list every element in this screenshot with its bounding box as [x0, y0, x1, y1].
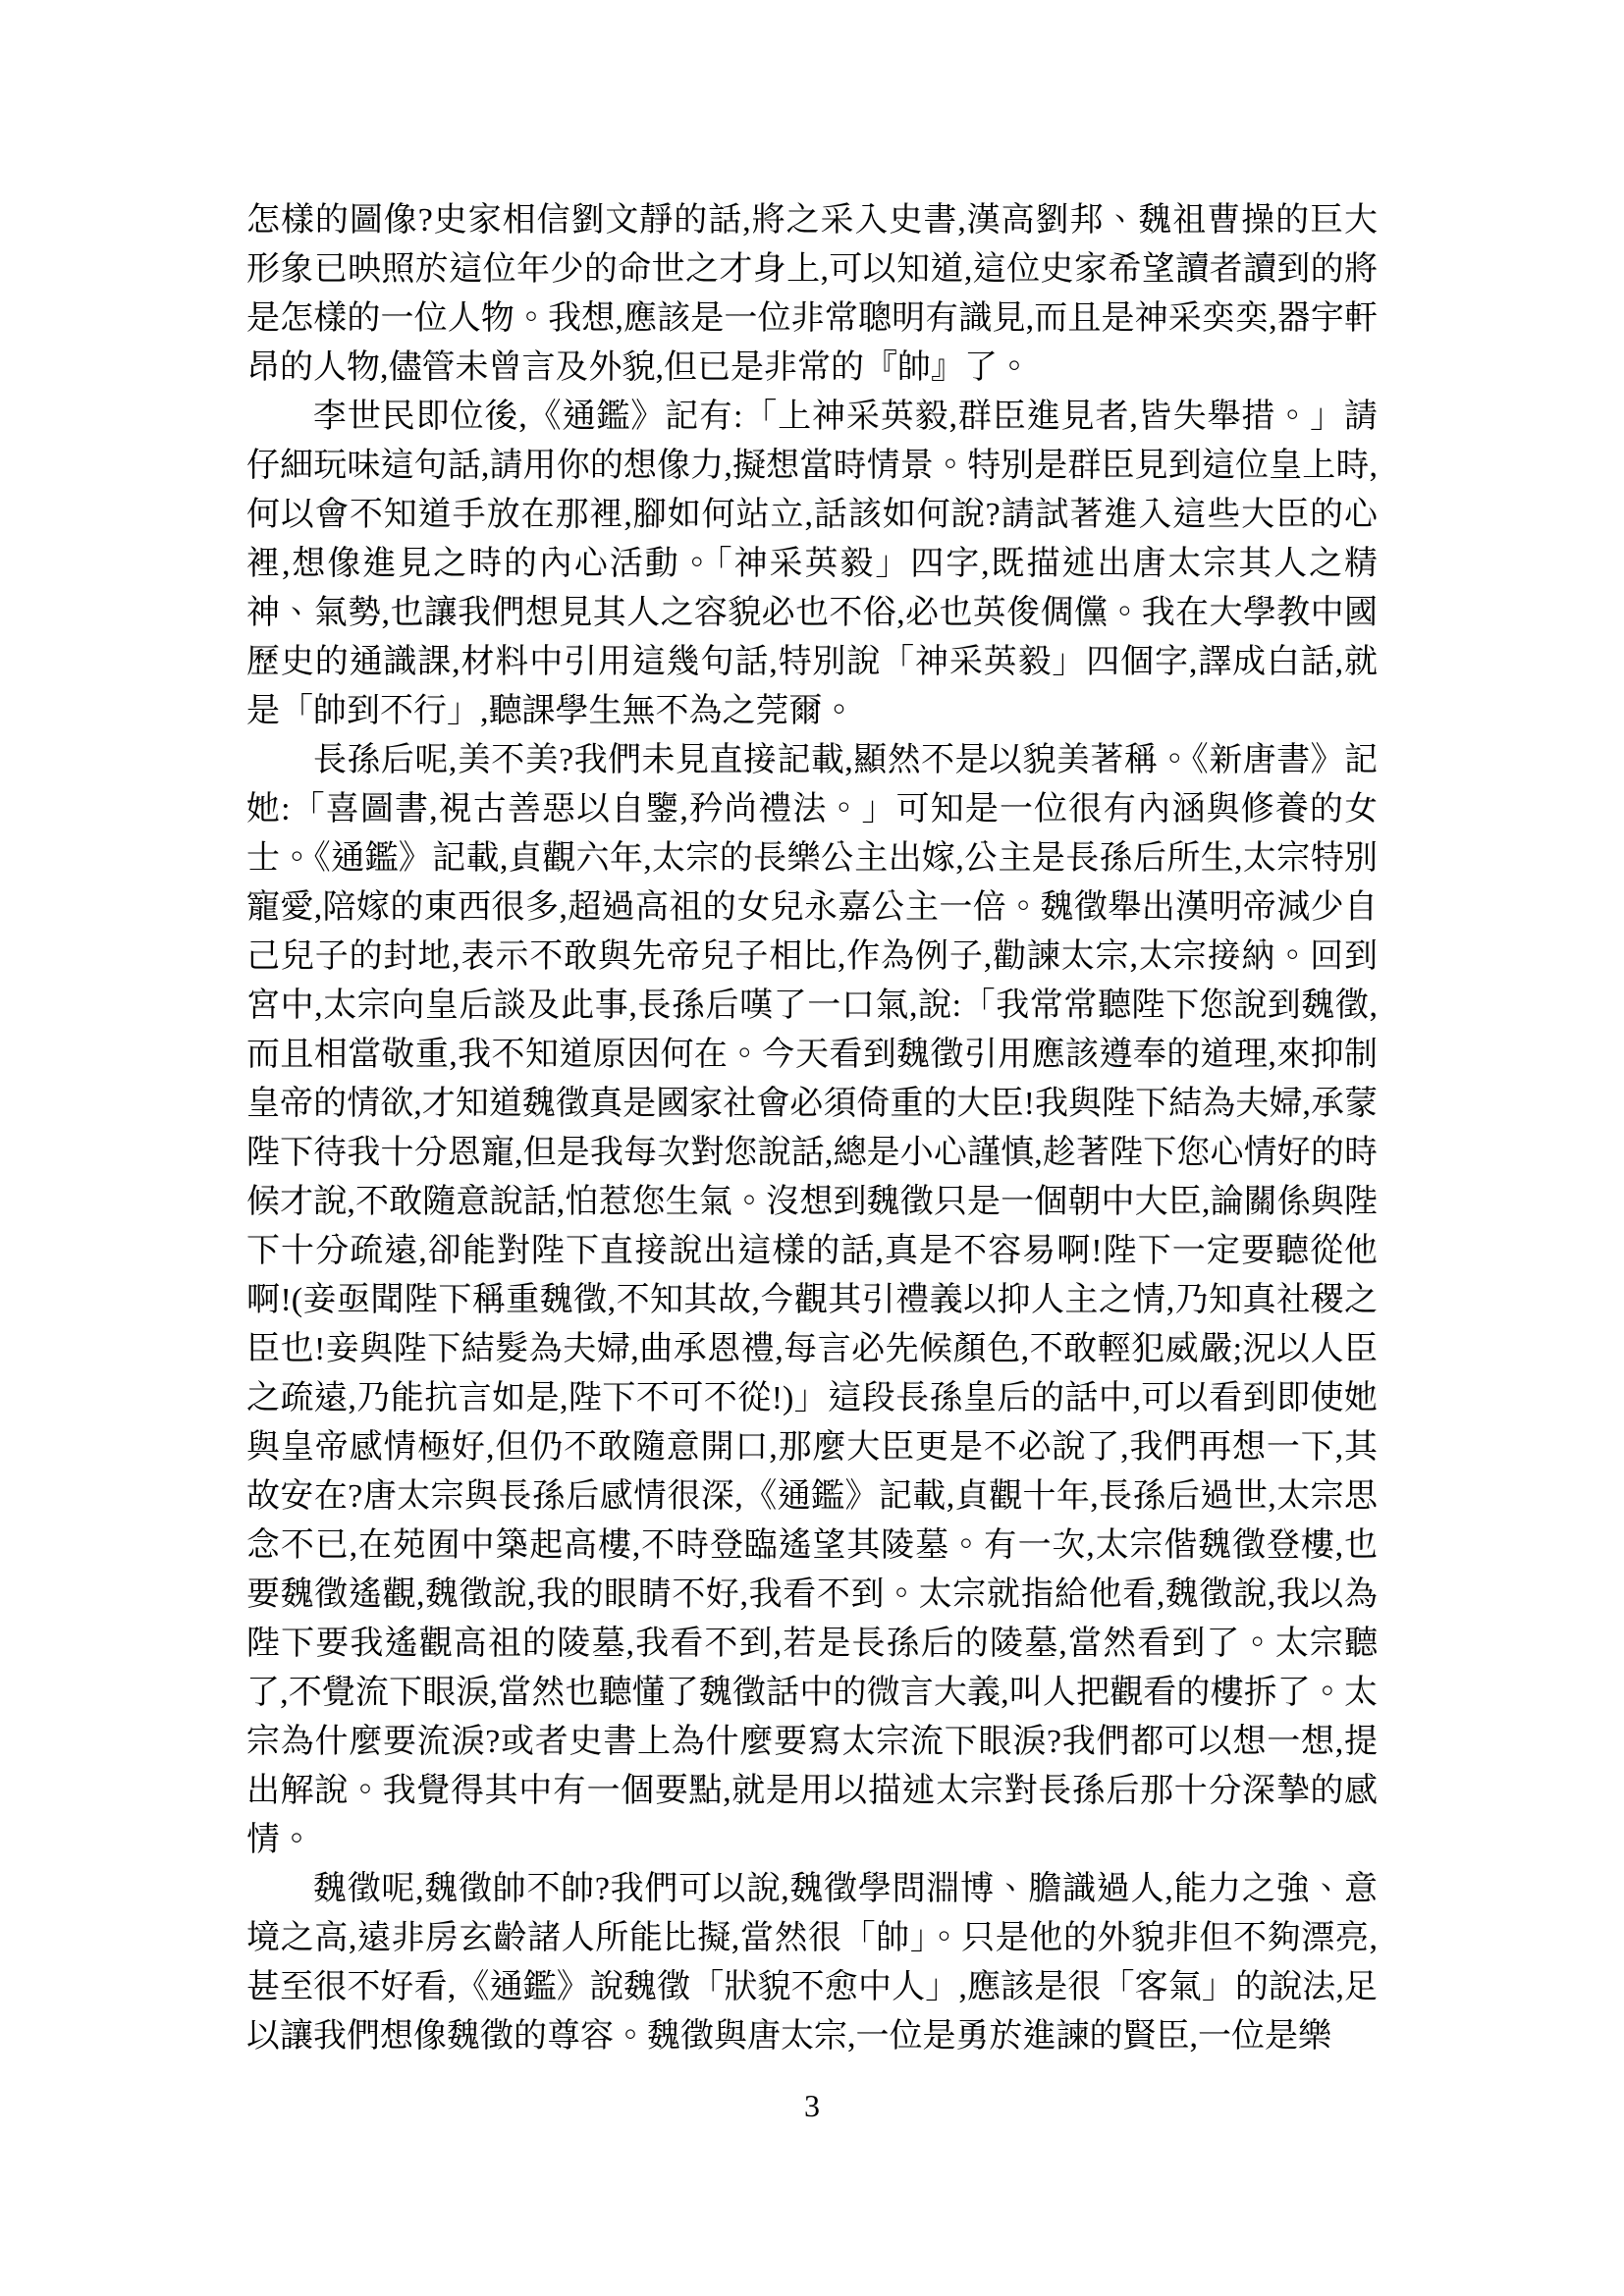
document-page: 怎樣的圖像?史家相信劉文靜的話,將之采入史書,漢高劉邦、魏祖曹操的巨大形象已映照…	[0, 0, 1624, 2296]
paragraph-4: 魏徵呢,魏徵帥不帥?我們可以說,魏徵學問淵博、膽識過人,能力之強、意境之高,遠非…	[246, 1865, 1378, 2061]
paragraph-1: 怎樣的圖像?史家相信劉文靜的話,將之采入史書,漢高劉邦、魏祖曹操的巨大形象已映照…	[246, 196, 1378, 393]
page-number: 3	[0, 2087, 1624, 2124]
paragraph-2: 李世民即位後,《通鑑》記有:「上神采英毅,群臣進見者,皆失舉措。」請仔細玩味這句…	[246, 393, 1378, 736]
body-text: 怎樣的圖像?史家相信劉文靜的話,將之采入史書,漢高劉邦、魏祖曹操的巨大形象已映照…	[246, 196, 1378, 2061]
paragraph-3: 長孫后呢,美不美?我們未見直接記載,顯然不是以貌美著稱。《新唐書》記她:「喜圖書…	[246, 736, 1378, 1865]
